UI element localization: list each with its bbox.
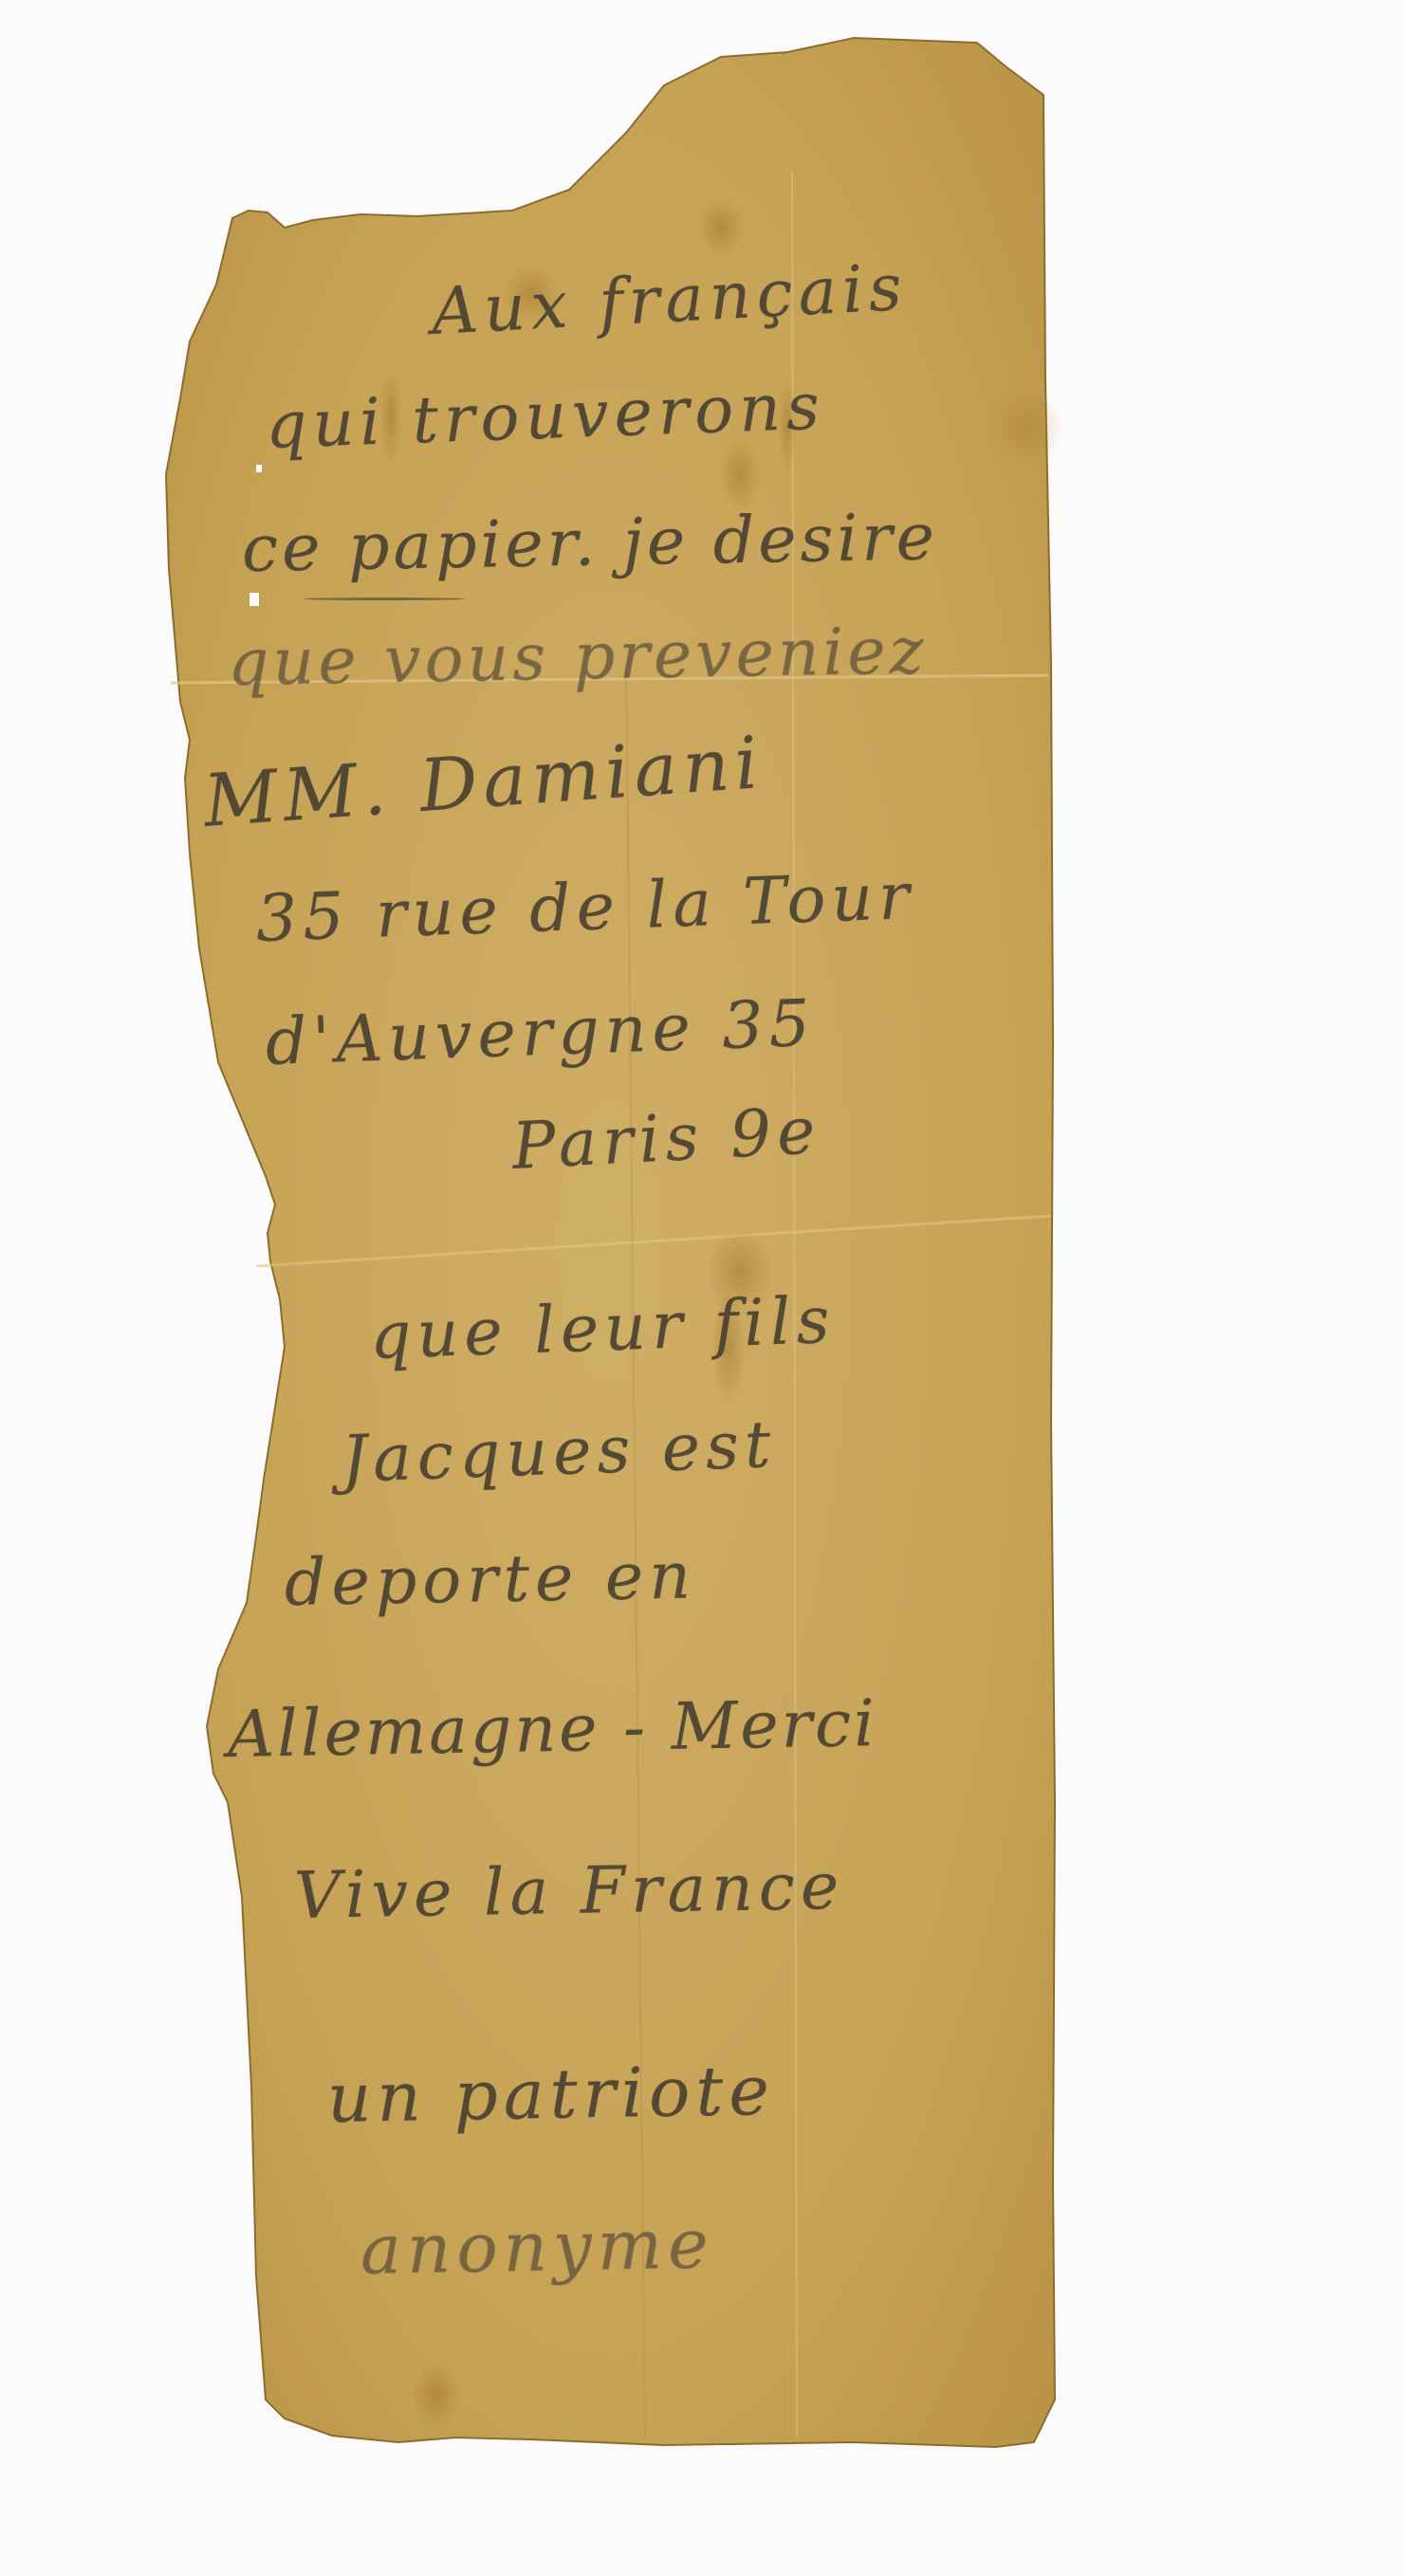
torn-paper-sheet: [0, 0, 1403, 2576]
document-scan: Aux français qui trouverons ce papier. j…: [0, 0, 1403, 2576]
